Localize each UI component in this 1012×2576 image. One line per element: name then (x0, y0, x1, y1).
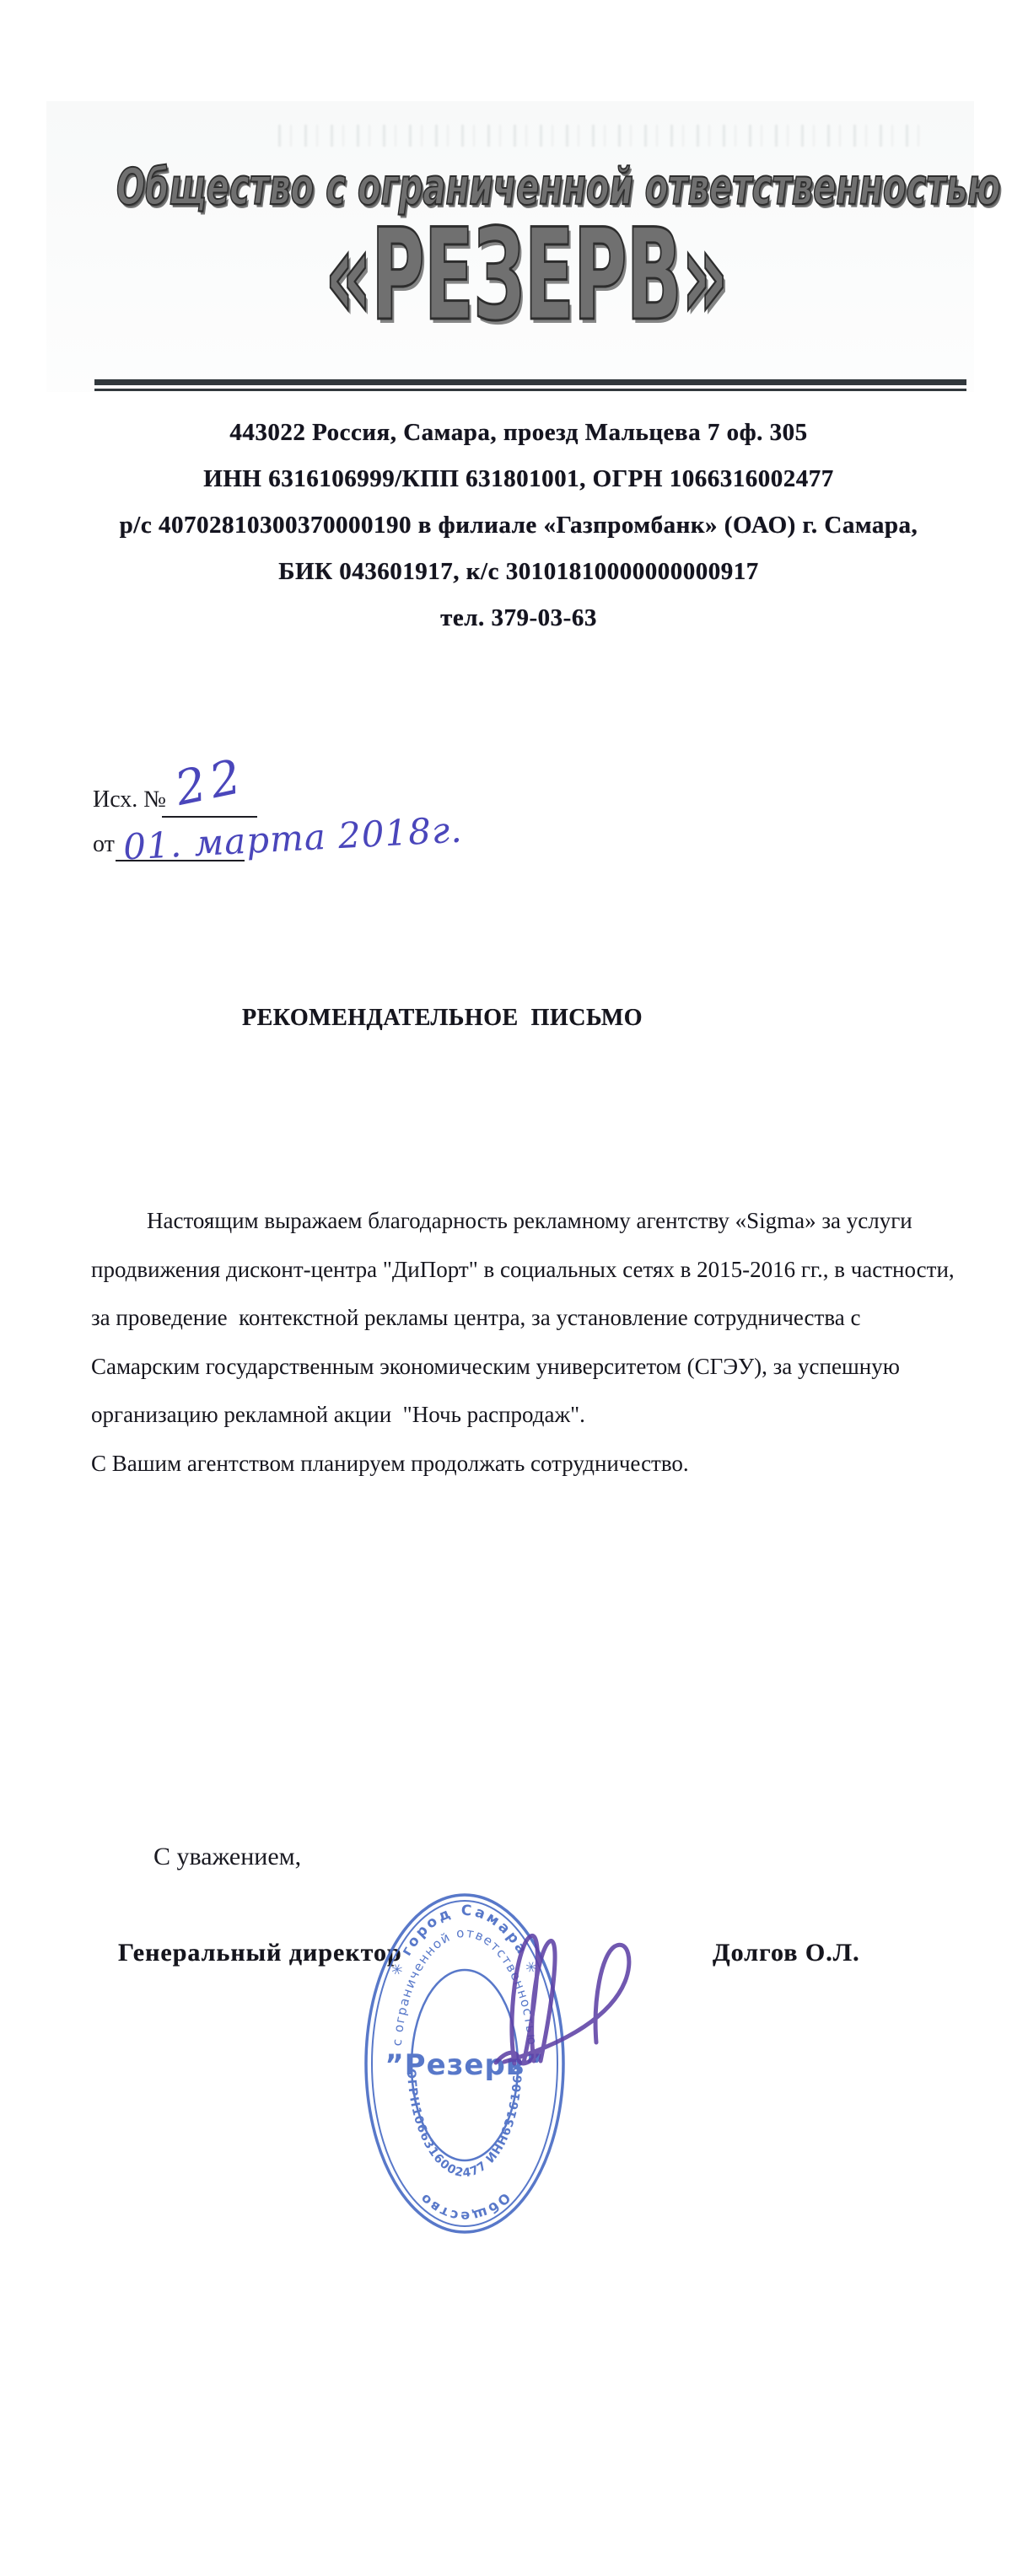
outgoing-number-underline (162, 816, 257, 818)
requisite-inn-kpp-ogrn: ИНН 6316106999/КПП 631801001, ОГРН 10663… (72, 456, 966, 502)
body-line: С Вашим агентством планируем продолжать … (91, 1440, 955, 1489)
letter-page: Общество с ограниченной ответственностью… (0, 0, 1012, 2576)
requisite-address: 443022 Россия, Самара, проезд Мальцева 7… (72, 410, 966, 456)
body-line: за проведение контекстной рекламы центра… (91, 1294, 955, 1343)
director-signature (468, 1918, 662, 2074)
letterhead-divider-thick (94, 379, 966, 385)
requisite-bik-corr: БИК 043601917, к/с 30101810000000000917 (72, 549, 966, 595)
stamp-society-arc: Общество (416, 2190, 514, 2224)
letterhead-requisites: 443022 Россия, Самара, проезд Мальцева 7… (72, 410, 966, 641)
signer-name: Долгов О.Л. (713, 1939, 860, 1967)
body-line: Настоящим выражаем благодарность рекламн… (91, 1197, 955, 1246)
requisite-bank-account: р/с 40702810300370000190 в филиале «Газп… (72, 502, 966, 549)
scan-noise-row (278, 125, 919, 147)
requisite-phone: тел. 379-03-63 (72, 595, 966, 641)
letterhead-divider-thin (94, 389, 966, 391)
body-line: продвижения дисконт-центра "ДиПорт" в со… (91, 1246, 955, 1295)
outgoing-number-handwritten: 22 (170, 749, 250, 817)
signature-stroke (504, 1945, 629, 2062)
document-title: РЕКОМЕНДАТЕЛЬНОЕ ПИСЬМО (242, 1005, 643, 1032)
letter-body: Настоящим выражаем благодарность рекламн… (91, 1197, 955, 1488)
date-label: от (93, 831, 115, 858)
signer-position: Генеральный директор (118, 1939, 402, 1967)
outgoing-number-label: Исх. № (93, 786, 166, 813)
closing-regards: С уважением, (153, 1843, 301, 1871)
body-line: Самарским государственным экономическим … (91, 1343, 955, 1392)
letterhead-org-name: «РЕЗЕРВ» (325, 212, 728, 339)
body-line: организацию рекламной акции "Ночь распро… (91, 1391, 955, 1440)
